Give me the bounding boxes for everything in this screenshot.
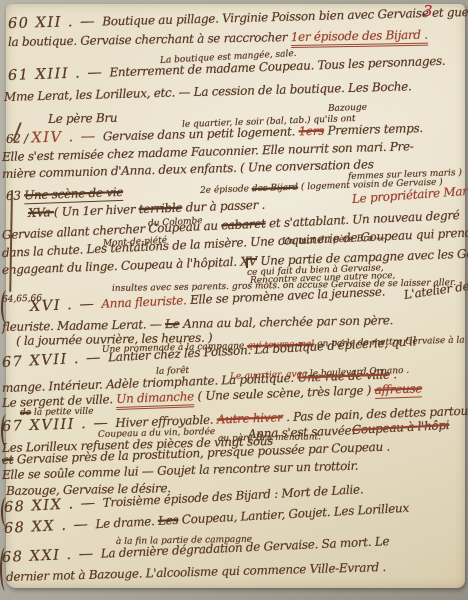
text-run: 2e épisode — [200, 184, 252, 196]
manuscript-line: Bazouge — [328, 103, 367, 114]
text-run: Bazouge — [328, 103, 367, 114]
manuscript-scan: 3 60 XII . — Boutique au pillage. Virgin… — [0, 0, 468, 600]
text-run: Les — [158, 513, 179, 528]
text-run: XIV . — — [31, 128, 103, 146]
insert-bracket — [246, 258, 257, 268]
text-run: 62 ∕ — [6, 131, 32, 146]
text-run: dur à passer . — [182, 198, 265, 215]
text-run: 1er épisode des Bijard . — [291, 28, 428, 48]
text-run: 1ers — [298, 124, 324, 139]
text-run: ( Un 1er hiver — [54, 202, 139, 219]
manuscript-line: 63 Une scène de vie — [6, 185, 124, 203]
text-run: cabaret — [221, 216, 266, 232]
text-run: Le père Bru — [48, 111, 118, 126]
text-run: 60 XII . — — [8, 14, 103, 32]
text-run: Le drame. — [95, 514, 158, 531]
manuscript-line: Le père Bru — [48, 111, 118, 126]
text-run: Premiers temps. — [324, 121, 423, 138]
text-run: de — [20, 408, 31, 418]
text-run: Autre hiver — [217, 410, 283, 426]
text-run: . — [389, 367, 397, 381]
margin-brace — [0, 547, 11, 591]
text-run: XVI . — — [30, 296, 102, 315]
text-run: et — [2, 453, 14, 467]
text-run: Un dimanche — [116, 389, 194, 410]
text-run: XVa — [28, 205, 54, 220]
margin-brace — [1, 290, 12, 324]
text-run: des Bijard — [252, 183, 299, 195]
text-run: Anna fleuriste. — [101, 293, 187, 311]
margin-brace — [1, 414, 12, 448]
text-run: Le — [165, 317, 180, 331]
text-run: 63 — [6, 188, 25, 203]
margin-brace — [1, 497, 12, 527]
text-run: affreuse — [374, 381, 422, 398]
text-run: terrible — [139, 201, 183, 217]
